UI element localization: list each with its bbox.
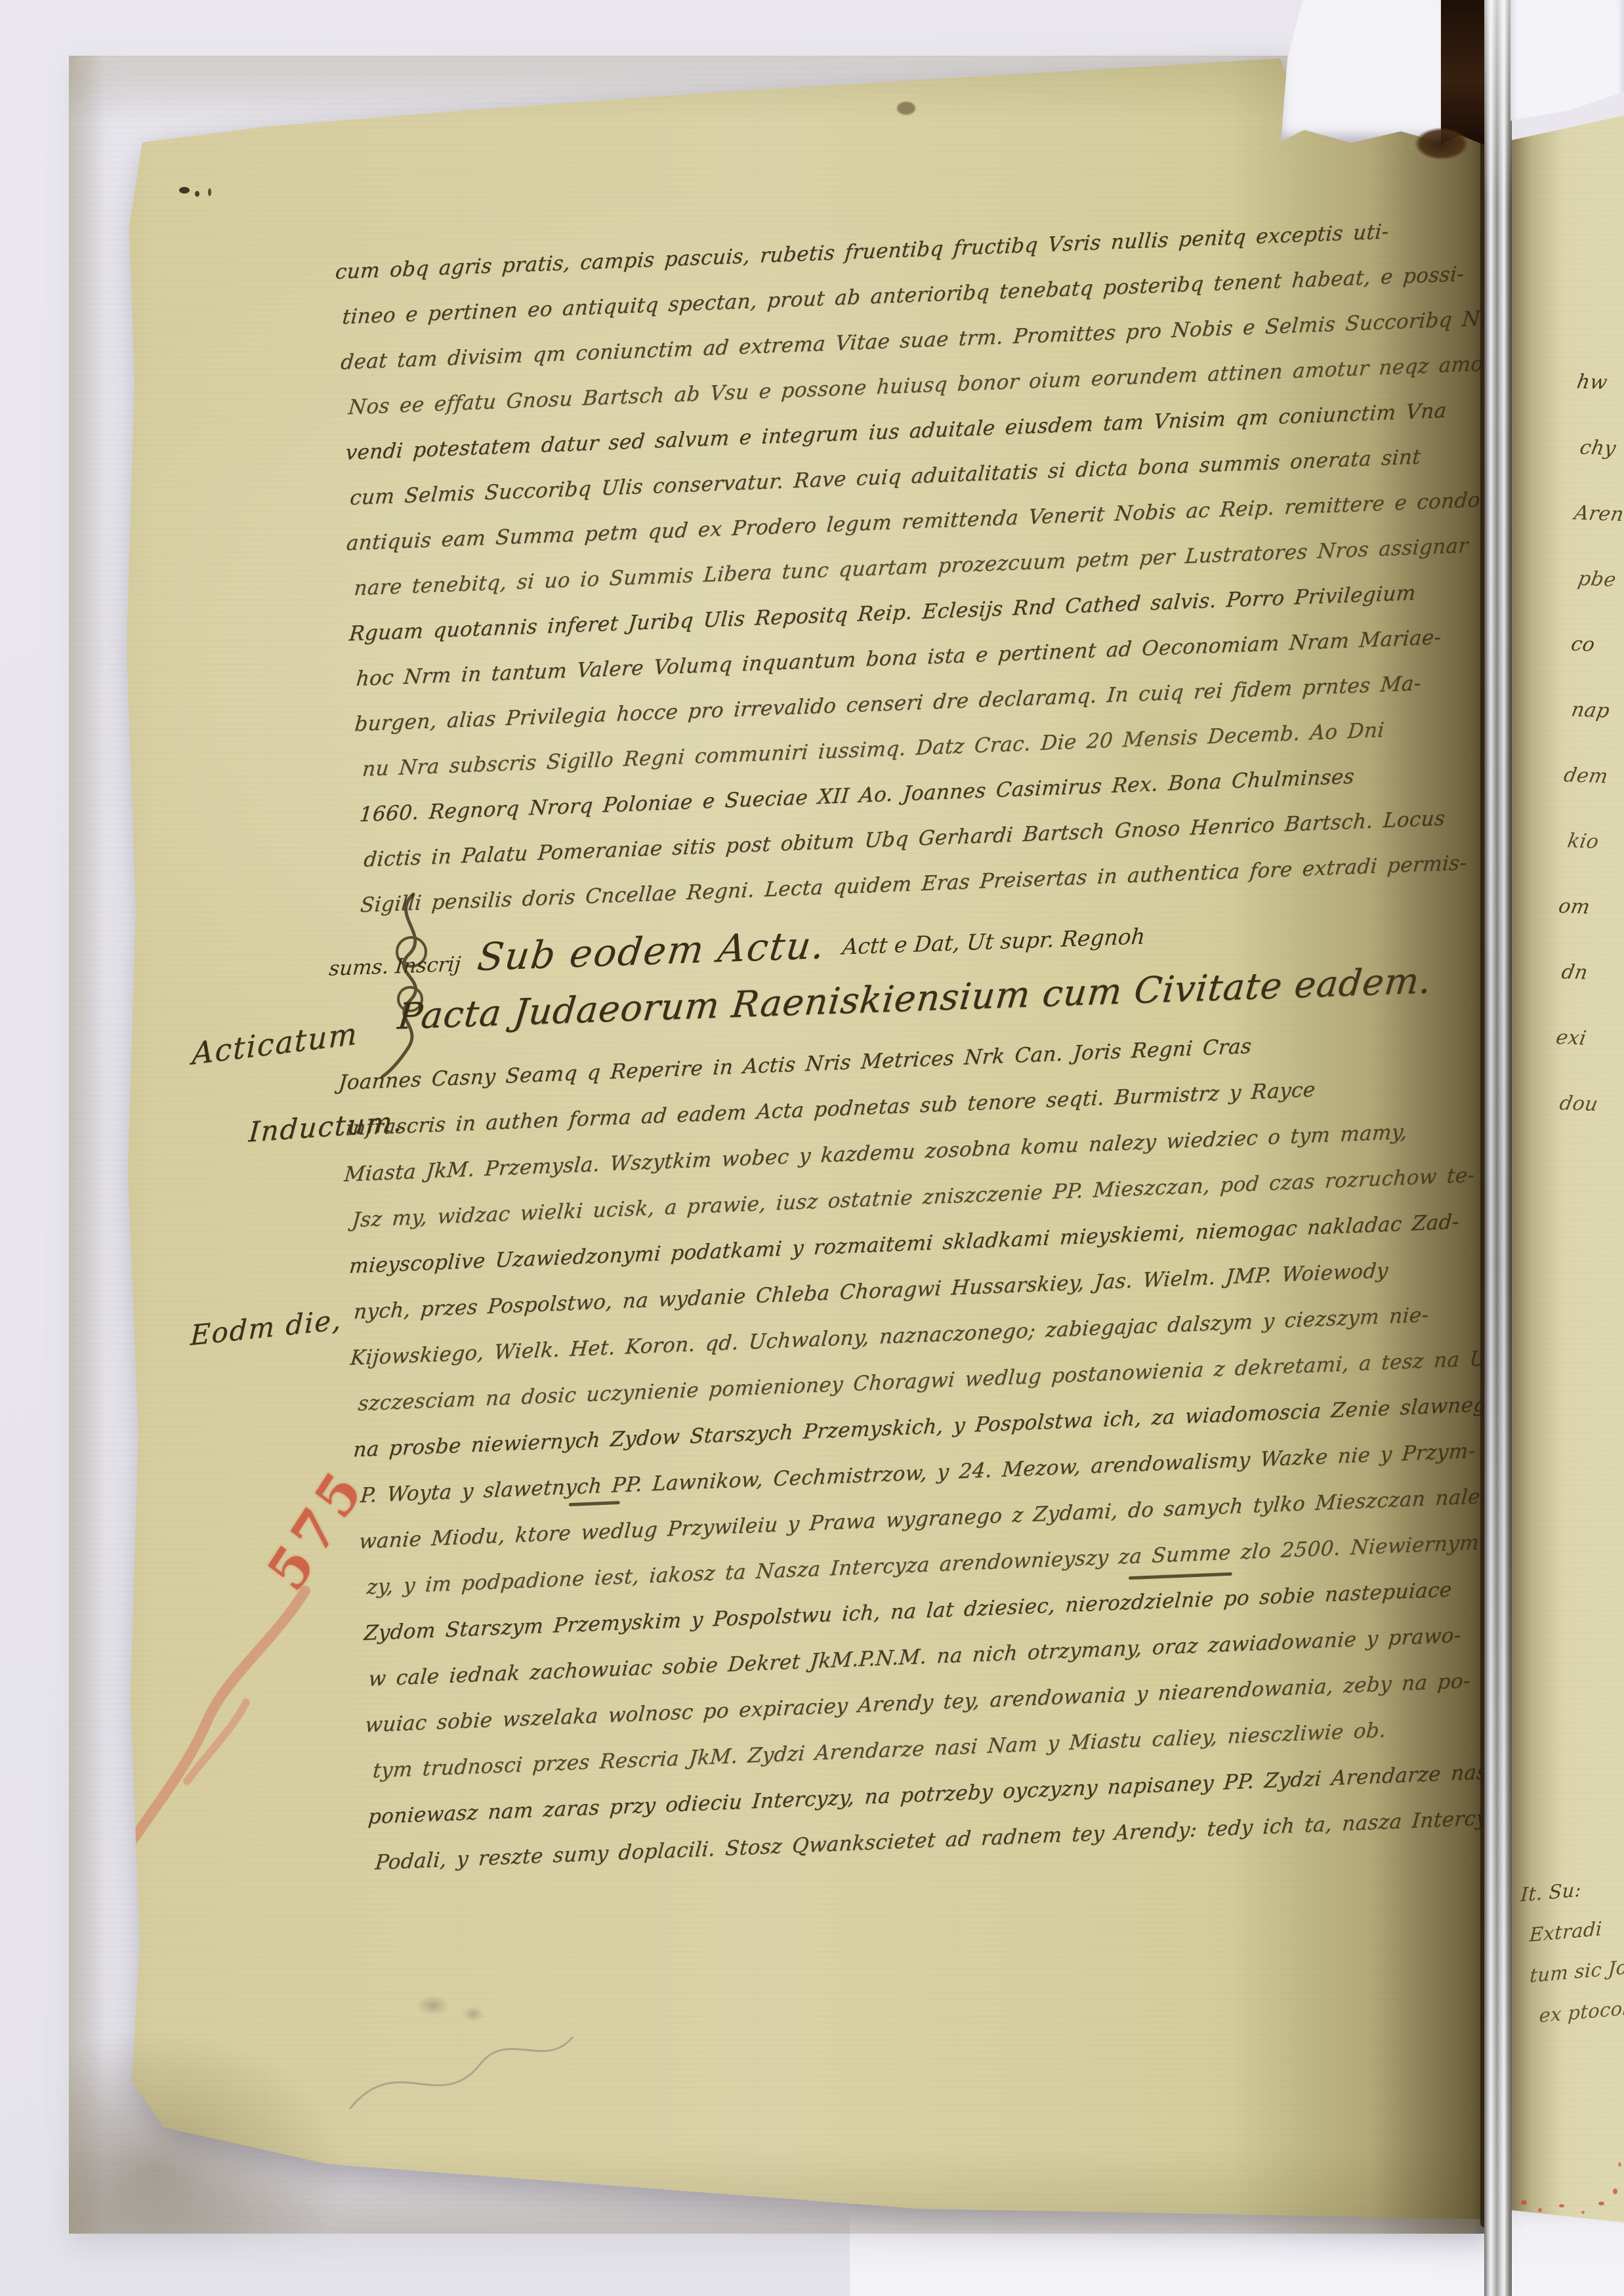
- notary-paraph-flourish: [351, 889, 476, 1079]
- cut-off-word-fragment: nap: [1570, 699, 1612, 723]
- sub-eodem-suffix: Actt e Dat, Ut supr. Regnoh: [841, 923, 1146, 959]
- main-page: cum obq agris pratis, campis pascuis, ru…: [69, 56, 1486, 2234]
- cut-off-word-fragment: Aren: [1573, 502, 1624, 526]
- margin-note-acticatum: Acticatum: [192, 1015, 358, 1072]
- latin-text-block: cum obq agris pratis, campis pascuis, ru…: [331, 218, 1433, 260]
- archival-scan: cum obq agris pratis, campis pascuis, ru…: [0, 0, 1624, 2296]
- pencil-scribble: [343, 2011, 579, 2129]
- cut-off-word-fragment: exi: [1554, 1026, 1589, 1050]
- marginal-note-line: It. Su:: [1520, 1878, 1582, 1906]
- main-page-wrapper: cum obq agris pratis, campis pascuis, ru…: [0, 0, 1624, 2296]
- book-cradle-clamp-strip: [1484, 0, 1512, 2296]
- backing-sheet-top: [1281, 0, 1447, 144]
- red-chalk-stroke: [108, 1584, 318, 1860]
- cut-off-word-fragment: dem: [1562, 764, 1610, 788]
- cut-off-word-fragment: om: [1557, 895, 1593, 918]
- spine-leather-fragment: [1405, 122, 1478, 165]
- right-page: hwchyArenpbeconapdemkioomdnexidou It. Su…: [1509, 115, 1624, 2223]
- ink-speck: [195, 191, 199, 197]
- ink-speck: [179, 187, 190, 194]
- margin-note-eodem-die: Eodm die,: [190, 1303, 343, 1352]
- right-page-bottom-note: It. Su:Extraditum sic Jouex ptocolld: [1520, 1875, 1624, 2067]
- cut-off-word-fragment: hw: [1575, 371, 1610, 394]
- cut-off-word-fragment: pbe: [1576, 567, 1618, 592]
- ink-blot: [897, 102, 915, 115]
- cut-off-word-fragment: chy: [1578, 436, 1618, 461]
- ink-speck: [208, 188, 211, 196]
- marginal-note-line: tum sic Jou: [1529, 1955, 1624, 1987]
- marginal-note-line: Extradi: [1529, 1917, 1602, 1946]
- sub-eodem-title: Sub eodem Actu.: [475, 922, 828, 979]
- cut-off-word-fragment: dou: [1558, 1092, 1600, 1116]
- cut-off-word-fragment: co: [1570, 633, 1597, 657]
- cut-off-word-fragment: dn: [1560, 960, 1590, 984]
- cut-off-word-fragment: kio: [1566, 830, 1600, 853]
- marginal-note-line: ex ptocolld: [1539, 1995, 1624, 2027]
